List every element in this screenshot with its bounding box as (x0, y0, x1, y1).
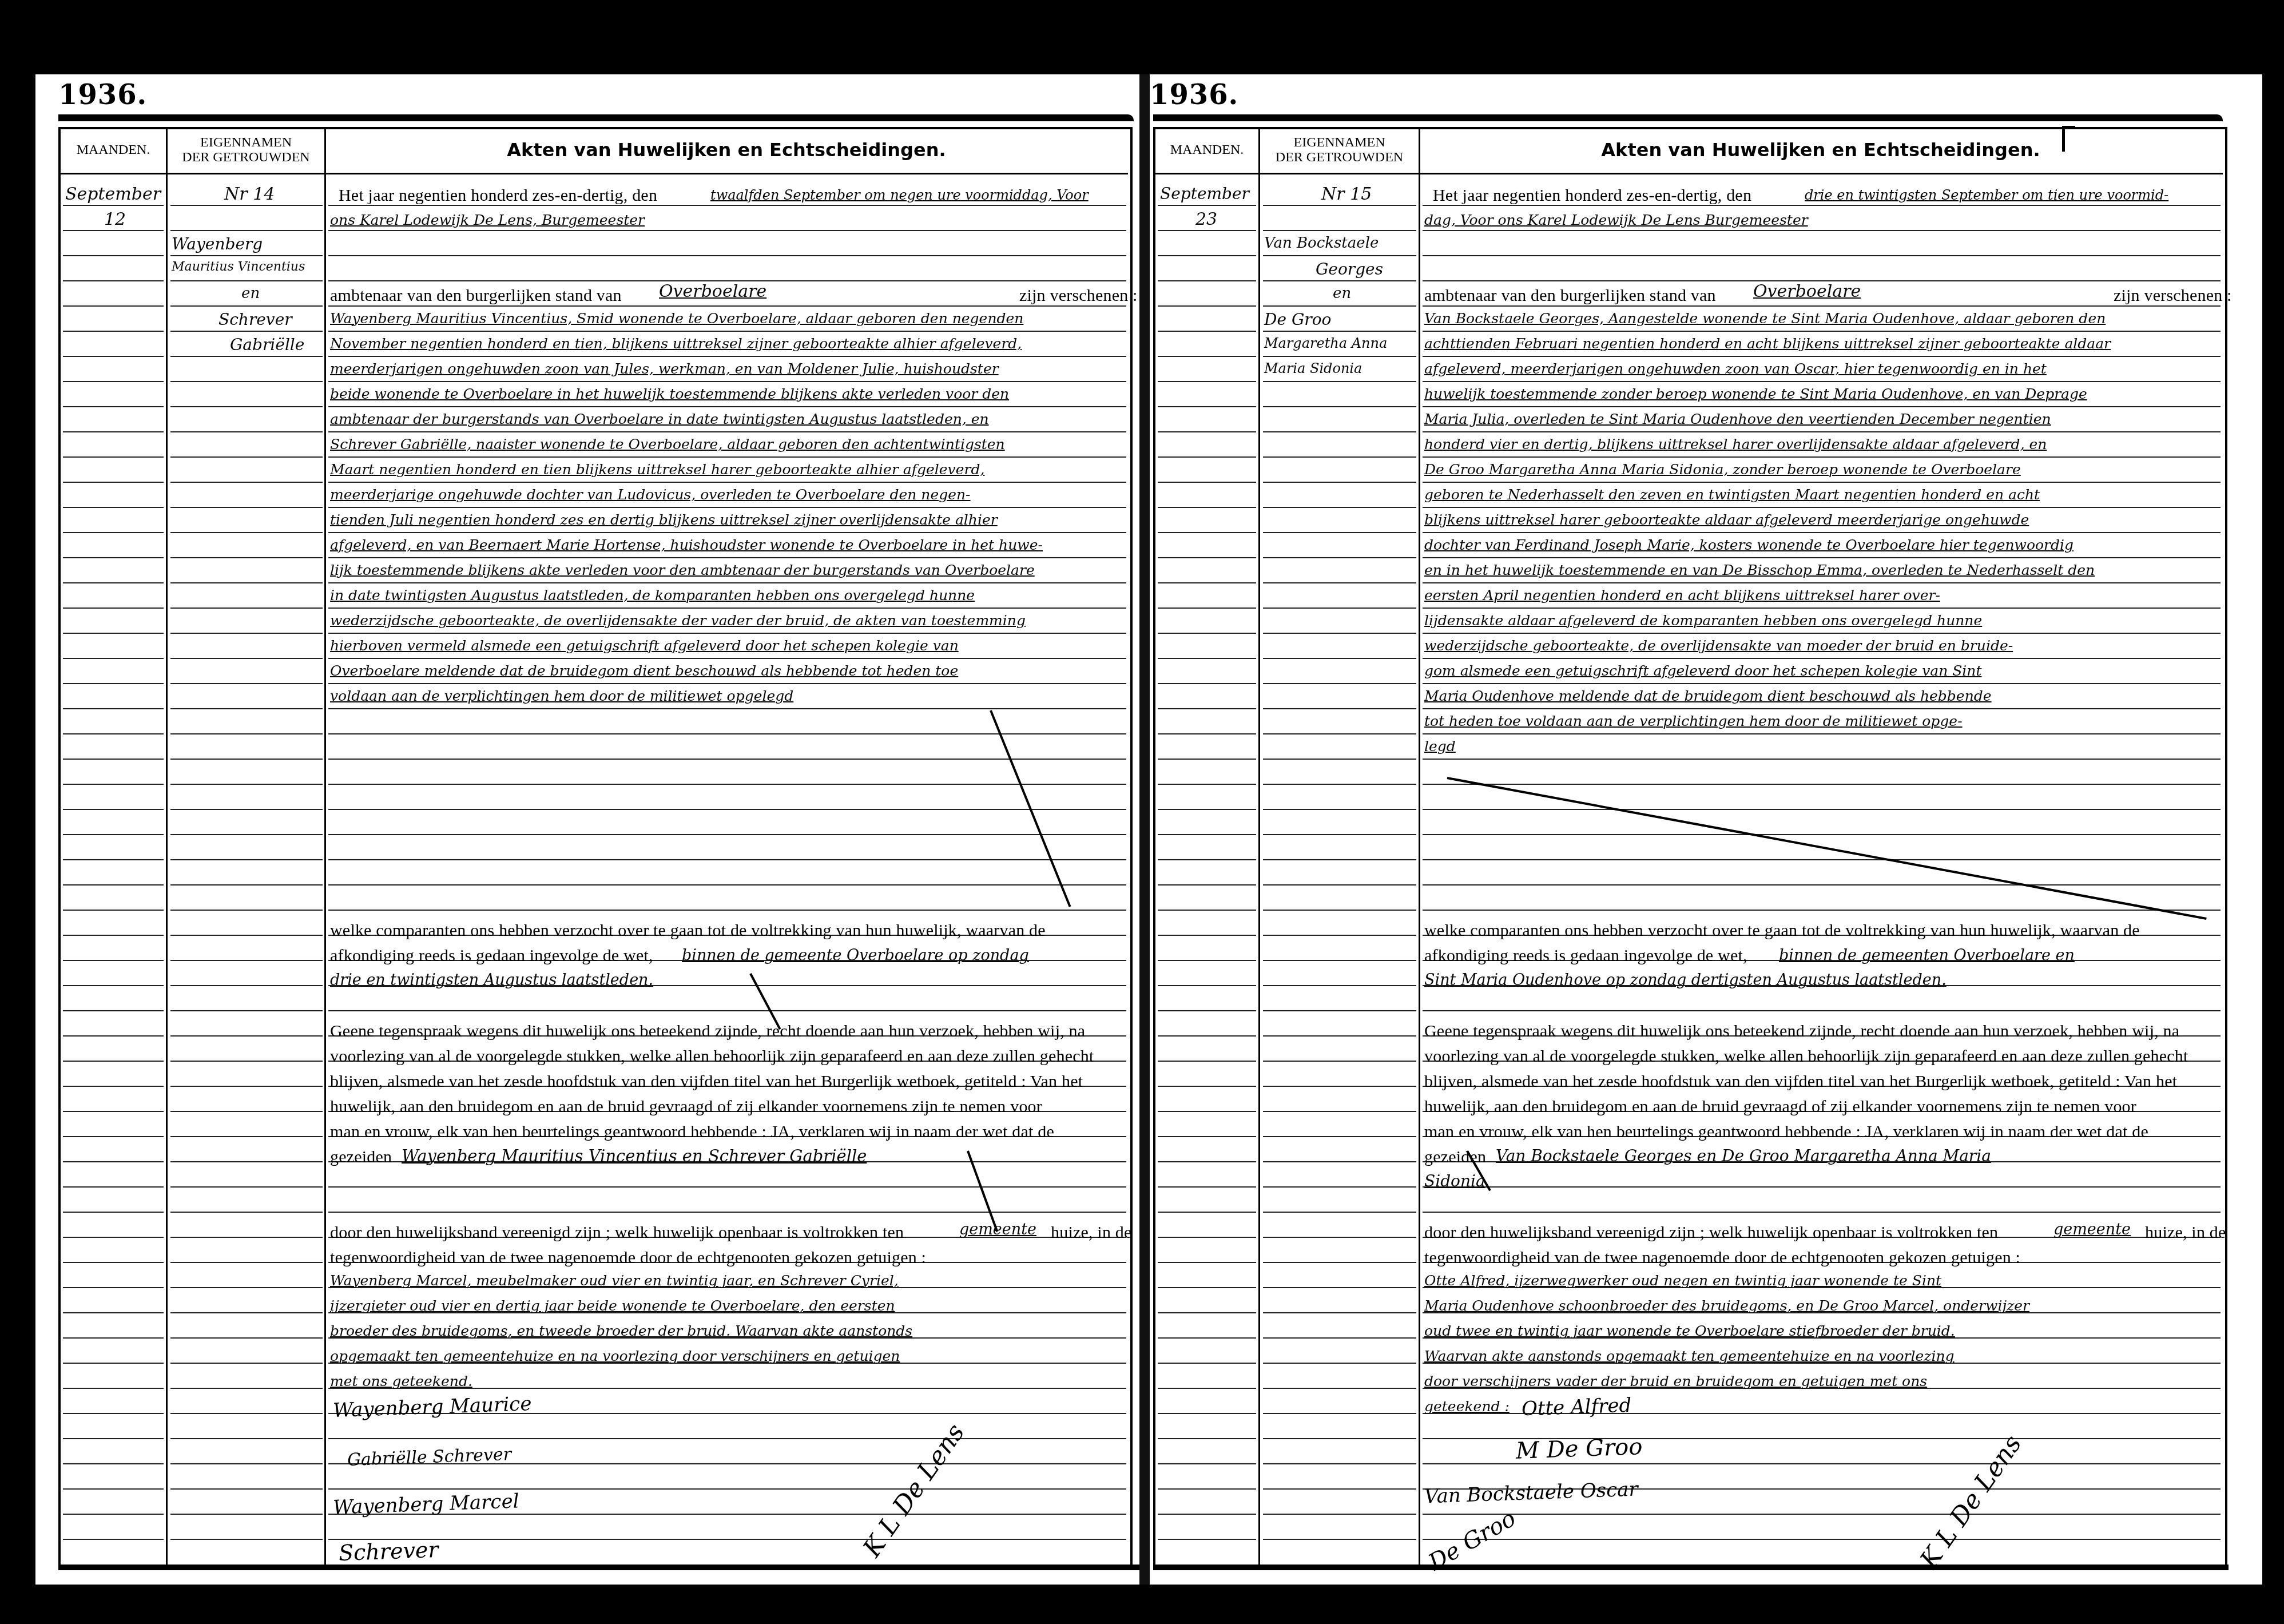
header-names-line2: DER GETROUWDEN (182, 150, 309, 165)
rule-line (1263, 205, 1416, 206)
top-border (1153, 114, 2223, 121)
rule-line (328, 557, 1126, 558)
rule-line (1423, 708, 2221, 709)
geene-line-1: Geene tegenspraak wegens dit huwelijk on… (1424, 1022, 2179, 1041)
rule-line (1423, 507, 2221, 508)
rule-line (63, 1161, 164, 1162)
handwritten-line: afgeleverd, meerderjarigen ongehuwden zo… (1424, 360, 2047, 377)
rule-line (170, 1312, 323, 1313)
rule-line (1263, 280, 1416, 281)
rule-line (63, 230, 164, 231)
rule-line (328, 381, 1126, 382)
rule-line (328, 884, 1126, 886)
rule-line (1263, 1363, 1416, 1364)
rule-line (63, 1413, 164, 1414)
rule-line (63, 532, 164, 533)
rule-line (63, 1363, 164, 1364)
rule-line (170, 1061, 323, 1062)
rule-line (170, 1488, 323, 1490)
publication-hand-1: binnen de gemeente Overboelare op zondag (682, 947, 1029, 964)
handwritten-line: tienden Juli negentien honderd zes en de… (330, 511, 998, 528)
rule-line (1423, 834, 2221, 835)
rule-line (1423, 482, 2221, 483)
rule-line (63, 960, 164, 961)
rule-line (1158, 834, 1256, 835)
rule-line (1423, 255, 2221, 256)
rule-line (63, 607, 164, 609)
rule-line (1423, 1186, 2221, 1188)
gezeiden-hand-2: Sidonia (1424, 1172, 1485, 1190)
act-date-hand: twaalfden September om negen ure voormid… (710, 187, 1089, 203)
rule-line (328, 910, 1126, 911)
header-rule (1155, 173, 2223, 174)
conjunction: en (241, 285, 260, 302)
handwritten-line: lijk toestemmende blijkens akte verleden… (330, 562, 1035, 578)
rule-line (63, 1388, 164, 1389)
rule-line (170, 255, 323, 256)
rule-line (328, 859, 1126, 860)
verschenen-printed: zijn verschenen : (2114, 286, 2232, 305)
rule-line (1158, 1488, 1256, 1490)
rule-line (328, 406, 1126, 407)
rule-line (1263, 733, 1416, 734)
rule-line (328, 482, 1126, 483)
rule-line (170, 683, 323, 684)
rule-line (1158, 809, 1256, 810)
rule-line (1263, 305, 1416, 307)
rule-line (1158, 456, 1256, 458)
rule-line (328, 356, 1126, 357)
rule-line (1263, 1161, 1416, 1162)
rule-line (1423, 230, 2221, 231)
rule-line (1158, 582, 1256, 583)
rule-line (170, 1287, 323, 1288)
rule-line (1158, 1337, 1256, 1339)
rule-line (170, 834, 323, 835)
rule-line (1158, 507, 1256, 508)
handwritten-line: Maria Oudenhove schoonbroeder des bruide… (1424, 1297, 2029, 1314)
rule-line (328, 708, 1126, 709)
header-title: Akten van Huwelijken en Echtscheidingen. (326, 127, 1127, 173)
rule-line (1158, 683, 1256, 684)
rule-line (1263, 1312, 1416, 1313)
handwritten-line: dochter van Ferdinand Joseph Marie, kost… (1424, 537, 2074, 553)
rule-line (63, 205, 164, 206)
rule-line (63, 255, 164, 256)
bride-surname: De Groo (1264, 310, 1331, 329)
rule-line (170, 507, 323, 508)
gezeiden-printed: gezeiden (1424, 1147, 1486, 1167)
conjunction: en (1333, 285, 1351, 302)
rule-line (1158, 255, 1256, 256)
rule-line (328, 809, 1126, 810)
book-gutter (1138, 74, 1151, 1585)
rule-line (63, 1312, 164, 1313)
handwritten-line: huwelijk toestemmende zonder beroep wone… (1424, 386, 2087, 402)
rule-line (170, 305, 323, 307)
rule-line (170, 381, 323, 382)
rule-line (63, 381, 164, 382)
rule-line (1423, 809, 2221, 810)
bride-given-names: Gabriëlle (230, 335, 304, 354)
rule-line (63, 1212, 164, 1213)
groom-surname: Van Bockstaele (1264, 235, 1379, 252)
rule-line (170, 935, 323, 936)
groom-given-names: Mauritius Vincentius (172, 260, 305, 274)
rule-line (170, 784, 323, 785)
rule-line (1263, 1035, 1416, 1037)
door-line-2: tegenwoordigheid van de twee nagenoemde … (1424, 1248, 2020, 1268)
bride-given-names: Margaretha Anna (1264, 335, 1387, 351)
handwritten-line: lijdensakte aldaar afgeleverd de kompara… (1424, 612, 1982, 629)
rule-line (328, 607, 1126, 609)
rule-line (328, 733, 1126, 734)
rule-line (170, 1111, 323, 1112)
rule-line (1158, 230, 1256, 231)
rule-line (1263, 582, 1416, 583)
rule-line (170, 1337, 323, 1339)
rule-line (328, 305, 1126, 307)
handwritten-line: legd (1424, 738, 1456, 755)
rule-line (1423, 683, 2221, 684)
handwritten-line: November negentien honderd en tien, blij… (330, 335, 1022, 352)
signature: Schrever (338, 1537, 439, 1566)
geene-line-5: man en vrouw, elk van hen beurtelings ge… (330, 1122, 1054, 1142)
rule-line (1423, 733, 2221, 734)
rule-line (63, 1061, 164, 1062)
rule-line (63, 1438, 164, 1439)
rule-line (1263, 1388, 1416, 1389)
bottom-border (1153, 1565, 2229, 1570)
top-border (58, 114, 1134, 121)
handwritten-line: oud twee en twintig jaar wonende te Over… (1424, 1323, 1955, 1339)
rule-line (1158, 910, 1256, 911)
rule-line (170, 1463, 323, 1464)
rule-line (1158, 305, 1256, 307)
rule-line (63, 1111, 164, 1112)
rule-line (1158, 859, 1256, 860)
rule-line (1263, 381, 1416, 382)
rule-line (1423, 784, 2221, 785)
handwritten-line: De Groo Margaretha Anna Maria Sidonia, z… (1424, 461, 2021, 478)
bottom-border (58, 1565, 1139, 1570)
rule-line (63, 356, 164, 357)
rule-line (170, 1262, 323, 1263)
rule-line (63, 733, 164, 734)
rule-line (170, 1237, 323, 1238)
rule-line (328, 1438, 1126, 1439)
door-line-1b: huize, in de (1051, 1223, 1132, 1242)
rule-line (1158, 1438, 1256, 1439)
geene-line-2: voorlezing van al de voorgelegde stukken… (330, 1047, 1094, 1066)
rule-line (1263, 658, 1416, 659)
act-day: 12 (104, 209, 126, 229)
rule-line (170, 1388, 323, 1389)
handwritten-line: broeder des bruidegoms, en tweede broede… (330, 1323, 912, 1339)
publication-hand-1: binnen de gemeenten Overboelare en (1779, 947, 2075, 964)
rule-line (1263, 230, 1416, 231)
handwritten-line: gom alsmede een getuigschrift afgeleverd… (1424, 662, 1982, 679)
geene-line-3: blijven, alsmede van het zesde hoofdstuk… (330, 1072, 1083, 1091)
rule-line (63, 809, 164, 810)
geene-line-1: Geene tegenspraak wegens dit huwelijk on… (330, 1022, 1085, 1041)
rule-line (1263, 985, 1416, 986)
rule-line (63, 1035, 164, 1037)
handwritten-line: in date twintigsten Augustus laatstleden… (330, 587, 975, 603)
rule-line (170, 431, 323, 432)
rule-line (328, 1010, 1126, 1011)
rule-line (1263, 1111, 1416, 1112)
place-hand: Overboelare (659, 281, 766, 301)
rule-line (1263, 406, 1416, 407)
act-month: September (65, 184, 161, 204)
rule-line (1263, 1212, 1416, 1213)
rule-line (328, 1186, 1126, 1188)
handwritten-line: achttienden Februari negentien honderd e… (1424, 335, 2111, 352)
rule-line (170, 456, 323, 458)
rule-line (1158, 1010, 1256, 1011)
rule-line (1158, 381, 1256, 382)
rule-line (170, 1413, 323, 1414)
rule-line (63, 456, 164, 458)
rule-line (1158, 633, 1256, 634)
handwritten-line: honderd vier en dertig, blijkens uittrek… (1424, 436, 2047, 452)
rule-line (63, 1488, 164, 1490)
groom-given-names: Georges (1316, 260, 1383, 279)
handwritten-line: voldaan aan de verplichtingen hem door d… (330, 688, 793, 704)
rule-line (170, 1514, 323, 1515)
rule-line (170, 532, 323, 533)
header-months: MAANDEN. (61, 127, 166, 173)
rule-line (1263, 1413, 1416, 1414)
rule-line (63, 935, 164, 936)
rule-line (63, 884, 164, 886)
rule-line (63, 431, 164, 432)
rule-line (1423, 658, 2221, 659)
rule-line (170, 406, 323, 407)
geene-line-5: man en vrouw, elk van hen beurtelings ge… (1424, 1122, 2148, 1142)
rule-line (1423, 582, 2221, 583)
rule-line (63, 1262, 164, 1263)
rule-line (170, 356, 323, 357)
rule-line (63, 331, 164, 332)
handwritten-line: Overboelare meldende dat de bruidegom di… (330, 662, 958, 679)
welke-line-1: welke comparanten ons hebben verzocht ov… (1424, 921, 2140, 940)
rule-line (1158, 431, 1256, 432)
act-number: Nr 15 (1321, 184, 1372, 204)
rule-line (63, 708, 164, 709)
rule-line (170, 582, 323, 583)
rule-line (63, 1463, 164, 1464)
header-names: EIGENNAMEN DER GETROUWDEN (168, 127, 324, 173)
rule-line (1263, 255, 1416, 256)
register-year: 1936. (58, 79, 147, 111)
header-names-line1: EIGENNAMEN (1294, 135, 1385, 150)
handwritten-line: wederzijdsche geboorteakte, de overlijde… (1424, 637, 2013, 654)
rule-line (1158, 884, 1256, 886)
rule-line (63, 1086, 164, 1087)
rule-line (1158, 1086, 1256, 1087)
rule-line (63, 1337, 164, 1339)
rule-line (328, 507, 1126, 508)
place-hand: Overboelare (1753, 281, 1861, 301)
rule-line (328, 784, 1126, 785)
rule-line (63, 507, 164, 508)
column-divider (1419, 127, 1420, 1567)
handwritten-line: opgemaakt ten gemeentehuize en na voorle… (330, 1348, 900, 1364)
rule-line (1423, 456, 2221, 458)
welke-line-2: afkondiging reeds is gedaan ingevolge de… (330, 946, 653, 966)
rule-line (1423, 356, 2221, 357)
handwritten-line: wederzijdsche geboorteakte, de overlijde… (330, 612, 1026, 629)
rule-line (328, 1539, 1126, 1540)
geene-line-2: voorlezing van al de voorgelegde stukken… (1424, 1047, 2188, 1066)
signature: Otte Alfred (1521, 1394, 1632, 1421)
handwritten-line: ambtenaar der burgerstands van Overboela… (330, 411, 989, 427)
rule-line (1263, 1136, 1416, 1137)
geene-line-3: blijven, alsmede van het zesde hoofdstuk… (1424, 1072, 2177, 1091)
rule-line (1158, 1312, 1256, 1313)
register-page-right: 1936. MAANDEN. EIGENNAMEN DER GETROUWDEN… (1150, 74, 2262, 1585)
handwritten-line: eersten April negentien honderd en acht … (1424, 587, 1940, 603)
door-line-1: door den huwelijksband vereenigd zijn ; … (330, 1223, 904, 1242)
geene-line-4: huwelijk, aan den bruidegom en aan de br… (1424, 1097, 2136, 1117)
handwritten-line: Maria Oudenhove meldende dat de bruidego… (1424, 688, 1992, 704)
door-line-1: door den huwelijksband vereenigd zijn ; … (1424, 1223, 1998, 1242)
handwritten-line: Schrever Gabriëlle, naaister wonende te … (330, 436, 1005, 452)
rule-line (1158, 1186, 1256, 1188)
rule-line (1158, 532, 1256, 533)
door-line-1b: huize, in de (2145, 1223, 2226, 1242)
header-title: Akten van Huwelijken en Echtscheidingen. (1420, 127, 2221, 173)
rule-line (170, 331, 323, 332)
rule-line (170, 633, 323, 634)
rule-line (1158, 406, 1256, 407)
rule-line (1158, 331, 1256, 332)
rule-line (1158, 1111, 1256, 1112)
rule-line (1423, 759, 2221, 760)
rule-line (63, 482, 164, 483)
rule-line (1263, 859, 1416, 860)
rule-line (328, 759, 1126, 760)
rule-line (170, 1010, 323, 1011)
welke-line-1: welke comparanten ons hebben verzocht ov… (330, 921, 1046, 940)
rule-line (1158, 1287, 1256, 1288)
rule-line (1423, 1212, 2221, 1213)
header-months: MAANDEN. (1155, 127, 1258, 173)
rule-line (63, 1010, 164, 1011)
rule-line (63, 1237, 164, 1238)
handwritten-line: Maria Julia, overleden te Sint Maria Oud… (1424, 411, 2051, 427)
rule-line (1263, 759, 1416, 760)
rule-line (170, 960, 323, 961)
rule-line (1423, 1463, 2221, 1464)
rule-line (1158, 708, 1256, 709)
handwritten-line: Waarvan akte aanstonds opgemaakt ten gem… (1424, 1348, 1955, 1364)
rule-line (63, 658, 164, 659)
rule-line (1263, 456, 1416, 458)
rule-line (1263, 884, 1416, 886)
rule-line (63, 1287, 164, 1288)
rule-line (1263, 1287, 1416, 1288)
rule-line (170, 859, 323, 860)
rule-line (170, 1186, 323, 1188)
rule-line (1423, 331, 2221, 332)
bride-surname: Schrever (219, 310, 292, 329)
rule-line (1423, 1539, 2221, 1540)
rule-line (328, 456, 1126, 458)
rule-line (63, 406, 164, 407)
officer-hand: dag, Voor ons Karel Lodewijk De Lens Bur… (1424, 212, 1808, 228)
header-names: EIGENNAMEN DER GETROUWDEN (1260, 127, 1419, 173)
rule-line (1158, 985, 1256, 986)
rule-line (328, 230, 1126, 231)
rule-line (1263, 1539, 1416, 1540)
handwritten-line: afgeleverd, en van Beernaert Marie Horte… (330, 537, 1043, 553)
handwritten-line: door verschijners vader der bruid en bru… (1424, 1373, 1927, 1389)
rule-line (170, 482, 323, 483)
rule-line (170, 708, 323, 709)
rule-line (1263, 356, 1416, 357)
rule-line (1423, 910, 2221, 911)
rule-line (1423, 1514, 2221, 1515)
rule-line (1263, 1488, 1416, 1490)
rule-line (328, 1212, 1126, 1213)
rule-line (1158, 1262, 1256, 1263)
rule-line (1158, 1388, 1256, 1389)
act-date-hand: drie en twintigsten September om tien ur… (1805, 187, 2168, 203)
rule-line (63, 280, 164, 281)
rule-line (1158, 733, 1256, 734)
rule-line (63, 834, 164, 835)
rule-line (63, 784, 164, 785)
ambtenaar-printed: ambtenaar van den burgerlijken stand van (330, 286, 622, 305)
verschenen-printed: zijn verschenen : (1019, 286, 1138, 305)
rule-line (63, 1136, 164, 1137)
rule-line (1263, 482, 1416, 483)
handwritten-line: meerderjarige ongehuwde dochter van Ludo… (330, 486, 971, 503)
rule-line (1263, 834, 1416, 835)
column-divider (324, 127, 326, 1567)
rule-line (1158, 280, 1256, 281)
rule-line (170, 1212, 323, 1213)
rule-line (63, 582, 164, 583)
rule-line (63, 1186, 164, 1188)
rule-line (170, 1136, 323, 1137)
rule-line (1263, 633, 1416, 634)
rule-line (63, 683, 164, 684)
handwritten-line: geboren te Nederhasselt den zeven en twi… (1424, 486, 2040, 503)
rule-line (170, 1363, 323, 1364)
header-rule (61, 173, 1128, 174)
rule-line (1158, 1136, 1256, 1137)
publication-hand-2: drie en twintigsten Augustus laatstleden… (330, 971, 653, 989)
rule-line (63, 910, 164, 911)
header-names-line2: DER GETROUWDEN (1276, 150, 1403, 165)
rule-line (63, 305, 164, 307)
rule-line (1158, 1237, 1256, 1238)
rule-line (1423, 884, 2221, 886)
rule-line (328, 532, 1126, 533)
column-divider (166, 127, 168, 1567)
rule-line (170, 1539, 323, 1540)
rule-line (328, 633, 1126, 634)
ten-hand: gemeente (2053, 1221, 2131, 1238)
rule-line (1158, 356, 1256, 357)
rule-line (1158, 1212, 1256, 1213)
rule-line (1158, 658, 1256, 659)
rule-line (63, 557, 164, 558)
